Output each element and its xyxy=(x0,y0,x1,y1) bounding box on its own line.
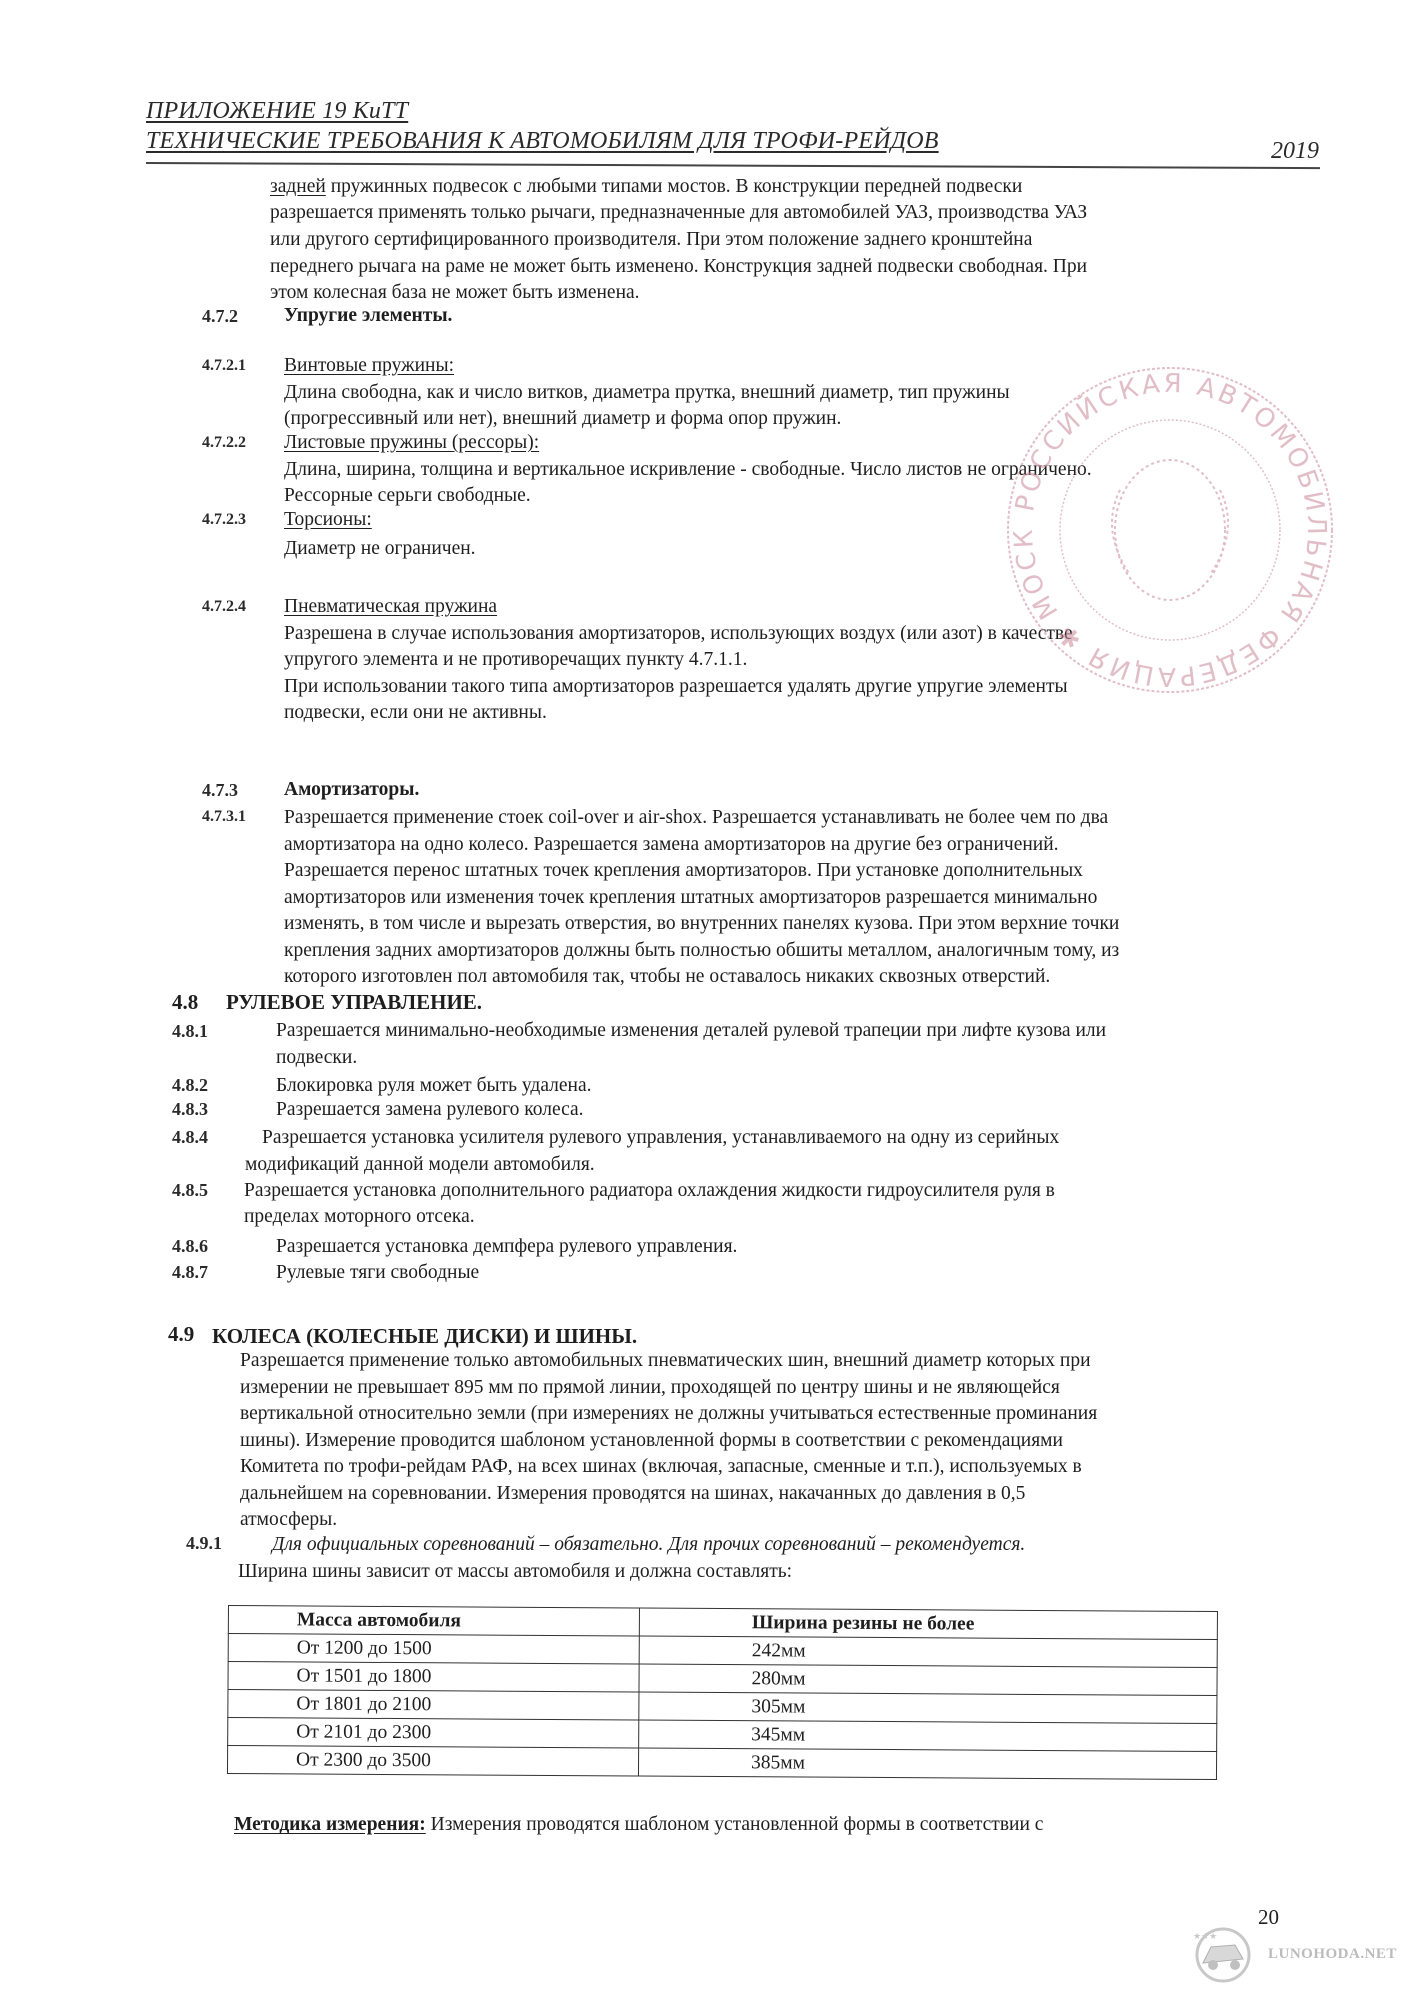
table-cell-width: 305мм xyxy=(639,1692,1217,1724)
text-4-8-4-line-2: модификаций данной модели автомобиля. xyxy=(245,1152,595,1178)
text-4-7-2-2-line-1: Длина, ширина, толщина и вертикальное ис… xyxy=(284,457,1092,483)
text-4-9-line-3: вертикальной относительно земли (при изм… xyxy=(240,1401,1097,1427)
text-4-8-4-line-1: Разрешается установка усилителя рулевого… xyxy=(262,1125,1059,1151)
text-4-7-3-1-line-2: амортизатора на одно колесо. Разрешается… xyxy=(284,832,1059,858)
tire-width-table: Масса автомобиля Ширина резины не более … xyxy=(227,1605,1218,1780)
header-document-title: ТЕХНИЧЕСКИЕ ТРЕБОВАНИЯ К АВТОМОБИЛЯМ ДЛЯ… xyxy=(146,128,939,155)
table-cell-mass: От 1501 до 1800 xyxy=(228,1662,639,1693)
text-4-7-2-2-line-2: Рессорные серьги свободные. xyxy=(284,483,531,509)
text-4-7-2-3-line-1: Диаметр не ограничен. xyxy=(284,536,476,562)
watermark-text: LUNOHODA.NET xyxy=(1268,1946,1397,1963)
section-title-4-7-2-3: Торсионы: xyxy=(284,507,372,533)
section-number-4-7-3: 4.7.3 xyxy=(202,780,238,801)
table-header-width: Ширина резины не более xyxy=(639,1608,1217,1640)
table-cell-mass: От 1801 до 2100 xyxy=(228,1690,639,1721)
text-4-9-line-2: измерении не превышает 895 мм по прямой … xyxy=(240,1375,1060,1401)
section-number-4-8-7: 4.8.7 xyxy=(172,1262,208,1283)
text-4-9-line-6: дальнейшем на соревновании. Измерения пр… xyxy=(240,1481,1025,1507)
section-number-4-8: 4.8 xyxy=(172,990,198,1015)
section-number-4-7-2-2: 4.7.2.2 xyxy=(202,434,246,452)
table-cell-mass: От 1200 до 1500 xyxy=(228,1634,639,1665)
intro-line-5: этом колесная база не может быть изменен… xyxy=(270,280,640,306)
intro-line-1-text: пружинных подвесок с любыми типами мосто… xyxy=(326,176,1023,197)
text-4-7-3-1-line-3: Разрешается перенос штатных точек крепле… xyxy=(284,858,1083,884)
section-title-4-8: РУЛЕВОЕ УПРАВЛЕНИЕ. xyxy=(226,990,482,1015)
intro-line-1: задней пружинных подвесок с любыми типам… xyxy=(270,174,1022,200)
text-4-7-3-1-line-4: амортизаторов или изменения точек крепле… xyxy=(284,885,1097,911)
document-page: ПРИЛОЖЕНИЕ 19 КиТТ ТЕХНИЧЕСКИЕ ТРЕБОВАНИ… xyxy=(0,0,1415,2000)
section-number-4-7-2: 4.7.2 xyxy=(202,306,238,327)
section-title-4-7-2: Упругие элементы. xyxy=(284,305,452,327)
method-paragraph: Методика измерения: Измерения проводятся… xyxy=(234,1812,1043,1838)
table-header-mass: Масса автомобиля xyxy=(228,1606,639,1637)
text-4-7-3-1-line-7: которого изготовлен пол автомобиля так, … xyxy=(284,964,1050,990)
table-cell-mass: От 2300 до 3500 xyxy=(227,1746,638,1777)
text-4-8-7: Рулевые тяги свободные xyxy=(276,1260,479,1286)
section-number-4-7-2-3: 4.7.2.3 xyxy=(202,511,246,529)
text-4-8-6: Разрешается установка демпфера рулевого … xyxy=(276,1234,737,1260)
method-text: Измерения проводятся шаблоном установлен… xyxy=(426,1814,1044,1835)
intro-line-3: или другого сертифицированного производи… xyxy=(270,227,1032,253)
text-4-9-line-5: Комитета по трофи-рейдам РАФ, на всех ши… xyxy=(240,1454,1082,1480)
text-4-8-5-line-1: Разрешается установка дополнительного ра… xyxy=(244,1178,1055,1204)
section-number-4-9-1: 4.9.1 xyxy=(186,1533,222,1554)
text-4-8-5-line-2: пределах моторного отсека. xyxy=(244,1204,475,1230)
header-year: 2019 xyxy=(1271,138,1319,165)
text-4-9-line-7: атмосферы. xyxy=(240,1507,337,1533)
text-4-8-2: Блокировка руля может быть удалена. xyxy=(276,1073,592,1099)
table-cell-width: 280мм xyxy=(639,1664,1217,1696)
text-4-8-1-line-1: Разрешается минимально-необходимые измен… xyxy=(276,1018,1106,1044)
section-number-4-8-5: 4.8.5 xyxy=(172,1180,208,1201)
section-number-4-8-1: 4.8.1 xyxy=(172,1021,208,1042)
section-number-4-7-2-4: 4.7.2.4 xyxy=(202,598,246,616)
method-label: Методика измерения: xyxy=(234,1814,426,1835)
text-4-7-3-1-line-1: Разрешается применение стоек coil-over и… xyxy=(284,805,1108,831)
section-title-4-9: КОЛЕСА (КОЛЕСНЫЕ ДИСКИ) И ШИНЫ. xyxy=(212,1324,637,1349)
section-number-4-8-4: 4.8.4 xyxy=(172,1127,208,1148)
table-cell-width: 345мм xyxy=(639,1720,1217,1752)
section-title-4-7-2-2: Листовые пружины (рессоры): xyxy=(284,430,539,456)
text-4-7-3-1-line-5: изменять, в том числе и вырезать отверст… xyxy=(284,911,1119,937)
text-4-9-1-line: Ширина шины зависит от массы автомобиля … xyxy=(238,1559,792,1585)
text-4-7-2-4-line-2: упругого элемента и не противоречащих пу… xyxy=(284,647,747,673)
table-cell-width: 242мм xyxy=(639,1636,1217,1668)
text-4-8-3: Разрешается замена рулевого колеса. xyxy=(276,1097,584,1123)
table-cell-width: 385мм xyxy=(638,1748,1216,1780)
text-4-9-1-italic: Для официальных соревнований – обязатель… xyxy=(272,1532,1025,1558)
intro-first-word: задней xyxy=(270,176,326,197)
table-cell-mass: От 2101 до 2300 xyxy=(228,1718,639,1749)
federation-stamp-icon: РОССИЙСКАЯ АВТОМОБИЛЬНАЯ ФЕДЕРАЦИЯ ✱ МОС… xyxy=(1000,360,1340,700)
text-4-8-1-line-2: подвески. xyxy=(276,1045,357,1071)
section-number-4-8-6: 4.8.6 xyxy=(172,1236,208,1257)
text-4-7-2-1-line-2: (прогрессивный или нет), внешний диаметр… xyxy=(284,406,841,432)
header-rule xyxy=(146,162,1320,169)
text-4-9-line-1: Разрешается применение только автомобиль… xyxy=(240,1348,1091,1374)
section-number-4-8-2: 4.8.2 xyxy=(172,1075,208,1096)
text-4-7-2-4-line-1: Разрешена в случае использования амортиз… xyxy=(284,621,1073,647)
intro-line-4: переднего рычага на раме не может быть и… xyxy=(270,254,1087,280)
section-number-4-8-3: 4.8.3 xyxy=(172,1099,208,1120)
header-appendix-title: ПРИЛОЖЕНИЕ 19 КиТТ xyxy=(146,98,408,125)
svg-text:★★★: ★★★ xyxy=(1193,1931,1217,1941)
text-4-9-line-4: шины). Измерение проводится шаблоном уст… xyxy=(240,1428,1063,1454)
svg-text:РОССИЙСКАЯ АВТОМОБИЛЬНАЯ ФЕДЕР: РОССИЙСКАЯ АВТОМОБИЛЬНАЯ ФЕДЕРАЦИЯ ✱ МОС… xyxy=(1000,360,1331,691)
section-number-4-9: 4.9 xyxy=(168,1322,194,1347)
section-title-4-7-2-1: Винтовые пружины: xyxy=(284,353,454,379)
text-4-7-3-1-line-6: крепления задних амортизаторов должны бы… xyxy=(284,938,1119,964)
text-4-7-2-4-line-4: подвески, если они не активны. xyxy=(284,700,547,726)
intro-line-2: разрешается применять только рычаги, пре… xyxy=(270,200,1087,226)
text-4-7-2-1-line-1: Длина свободна, как и число витков, диам… xyxy=(284,380,1010,406)
section-title-4-7-3: Амортизаторы. xyxy=(284,779,419,801)
section-number-4-7-2-1: 4.7.2.1 xyxy=(202,357,246,375)
section-title-4-7-2-4: Пневматическая пружина xyxy=(284,594,497,620)
table-row: От 2300 до 3500 385мм xyxy=(227,1746,1216,1780)
section-number-4-7-3-1: 4.7.3.1 xyxy=(202,808,246,826)
text-4-7-2-4-line-3: При использовании такого типа амортизато… xyxy=(284,674,1068,700)
